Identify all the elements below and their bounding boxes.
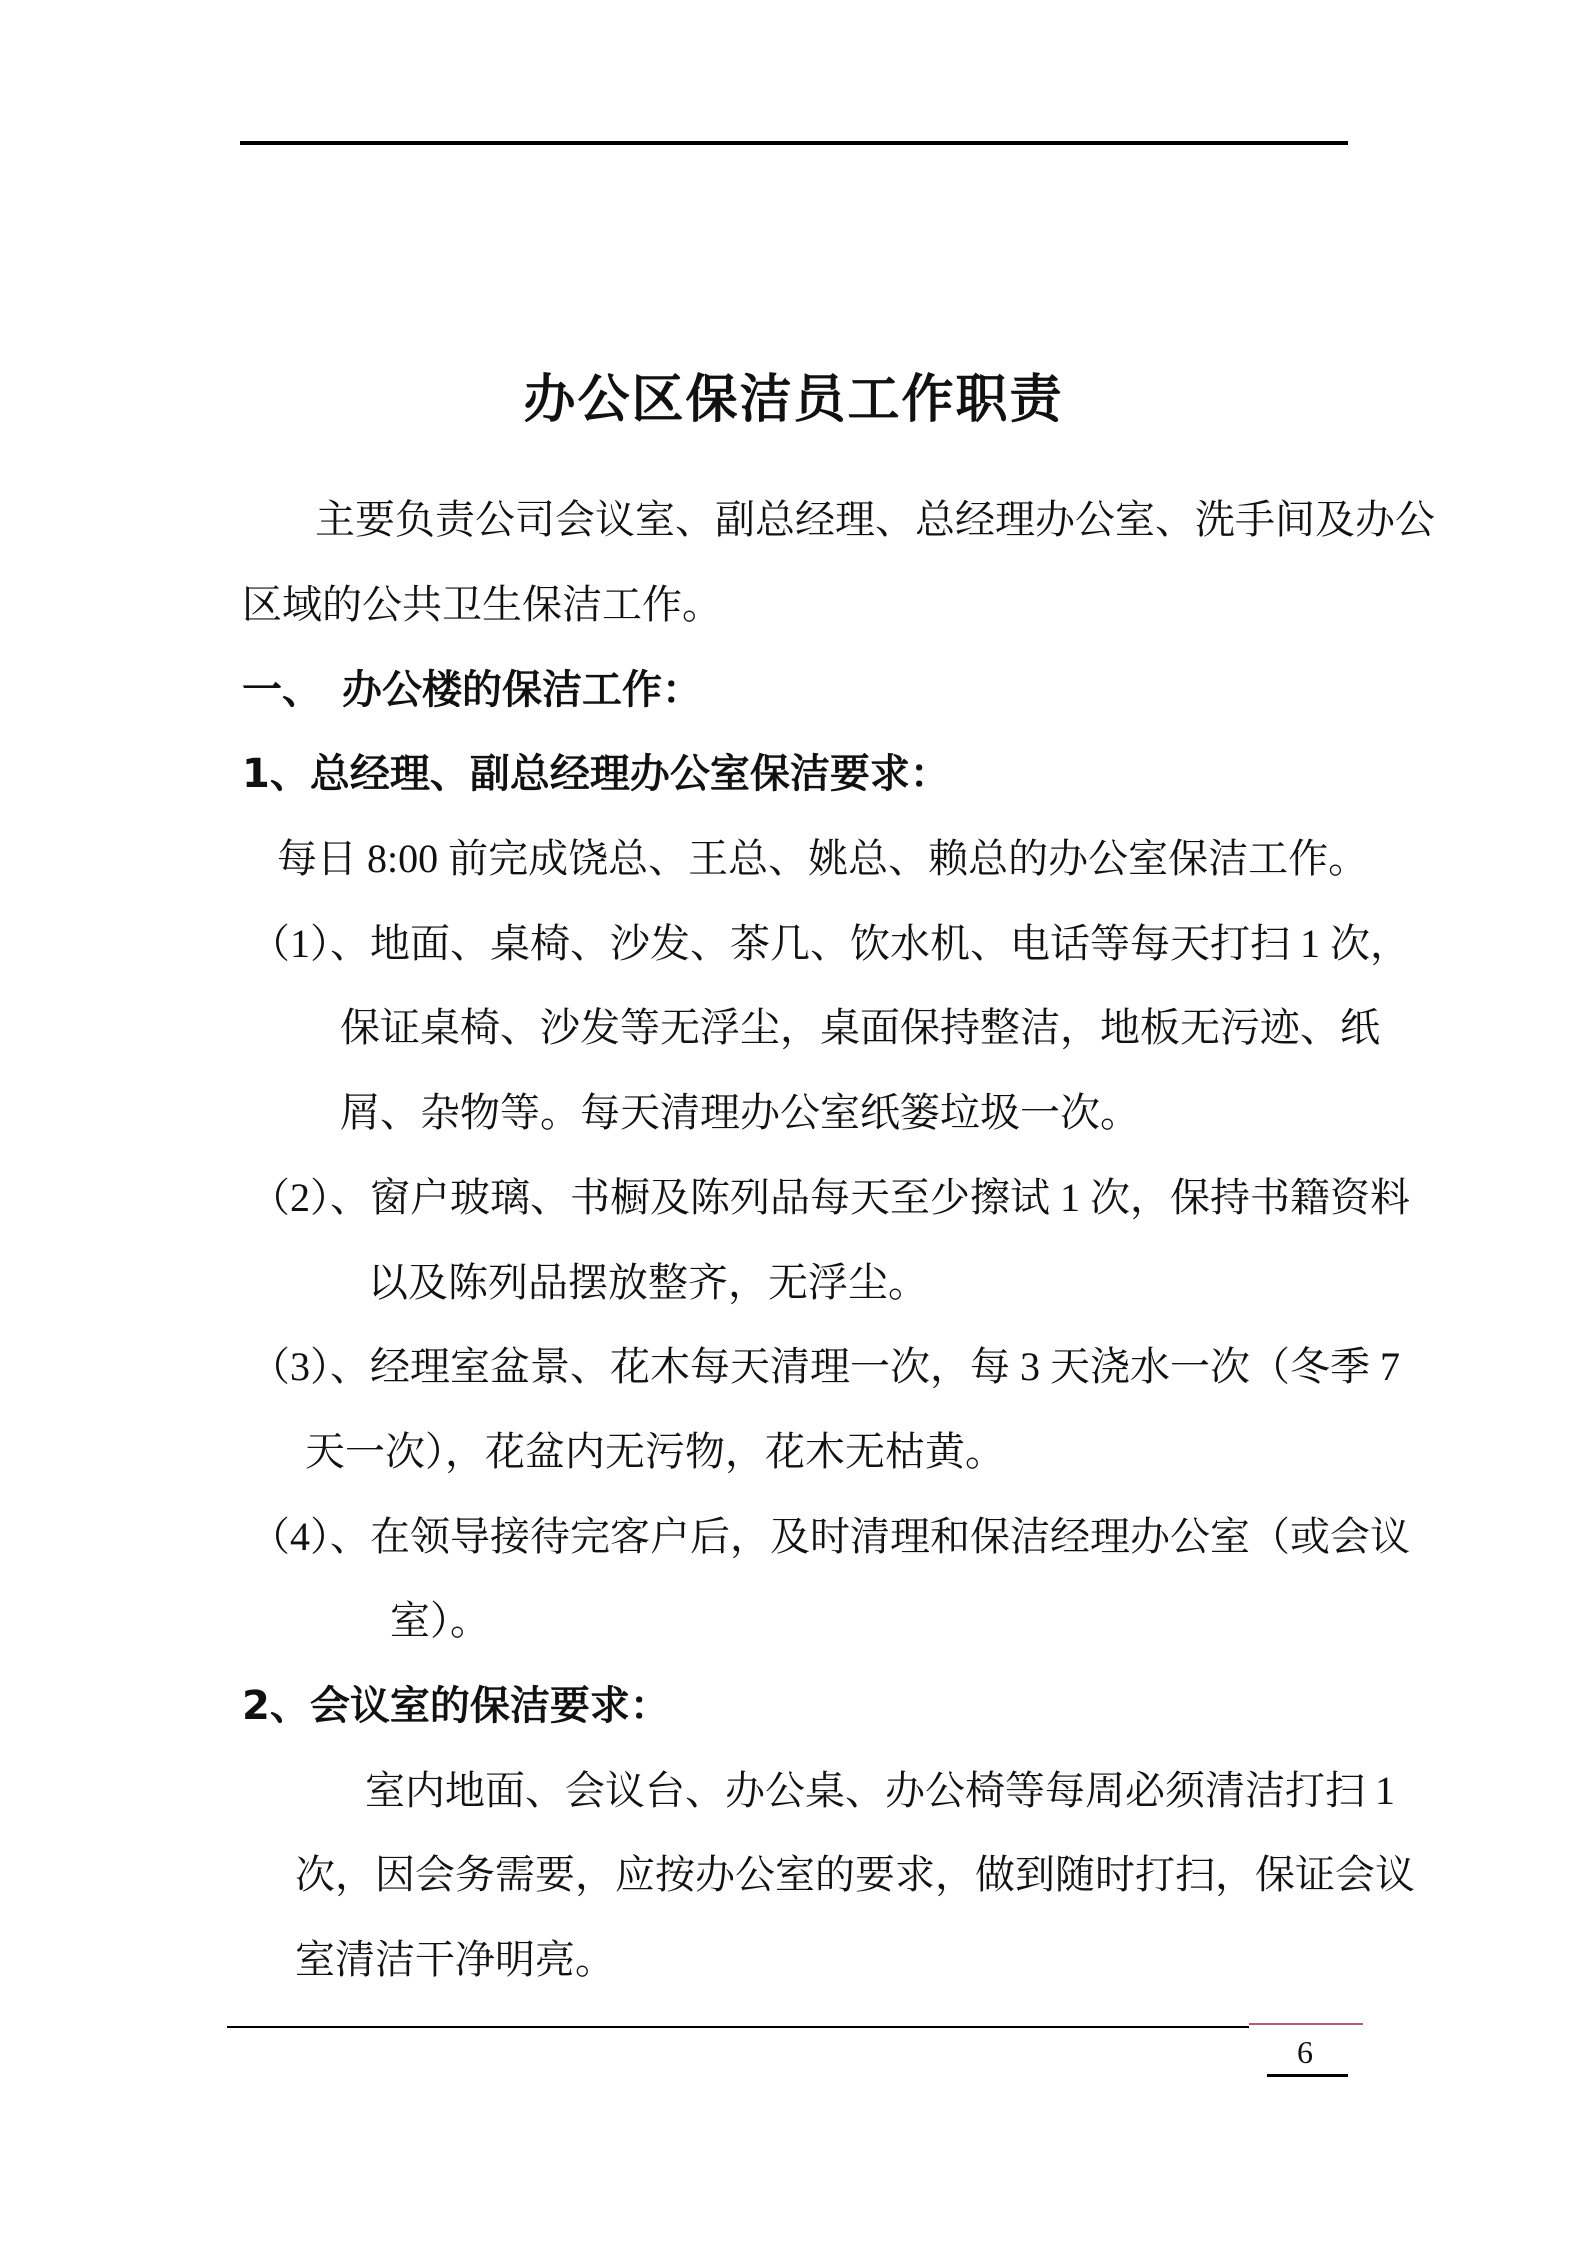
text-line-14: 室）。 bbox=[390, 1601, 490, 1641]
text-line-12: 天一次），花盆内无污物，花木无枯黄。 bbox=[305, 1432, 1005, 1472]
footer-rule bbox=[227, 2026, 1249, 2028]
text-line-5: 每日 8:00 前完成饶总、王总、姚总、赖总的办公室保洁工作。 bbox=[277, 839, 1368, 879]
text-line-1: 主要负责公司会议室、副总经理、总经理办公室、洗手间及办公 bbox=[315, 500, 1435, 540]
text-line-16: 室内地面、会议台、办公桌、办公椅等每周必须清洁打扫 1 bbox=[365, 1771, 1395, 1811]
text-line-18: 室清洁干净明亮。 bbox=[295, 1940, 615, 1980]
page-number-underline bbox=[1267, 2074, 1348, 2077]
header-rule bbox=[240, 141, 1348, 145]
text-line-15: 2、会议室的保洁要求： bbox=[242, 1686, 670, 1726]
page-title: 办公区保洁员工作职责 bbox=[0, 374, 1587, 426]
text-line-7: 保证桌椅、沙发等无浮尘，桌面保持整洁，地板无污迹、纸 bbox=[340, 1008, 1380, 1048]
text-line-9: （2）、窗户玻璃、书橱及陈列品每天至少擦试 1 次，保持书籍资料 bbox=[250, 1178, 1410, 1218]
text-line-4: 1、总经理、副总经理办公室保洁要求： bbox=[242, 754, 950, 794]
text-line-10: 以及陈列品摆放整齐，无浮尘。 bbox=[368, 1263, 928, 1303]
text-line-3: 一、 办公楼的保洁工作： bbox=[242, 670, 702, 710]
page-number: 6 bbox=[1270, 2036, 1340, 2068]
text-line-8: 屑、杂物等。每天清理办公室纸篓垃圾一次。 bbox=[340, 1093, 1140, 1133]
text-line-6: （1）、地面、桌椅、沙发、茶几、饮水机、电话等每天打扫 1 次， bbox=[250, 924, 1410, 964]
text-line-11: （3）、经理室盆景、花木每天清理一次，每 3 天浇水一次（冬季 7 bbox=[250, 1347, 1400, 1387]
footer-rule-accent bbox=[1249, 2023, 1363, 2025]
text-line-17: 次，因会务需要，应按办公室的要求，做到随时打扫，保证会议 bbox=[295, 1855, 1415, 1895]
document-page: 办公区保洁员工作职责 主要负责公司会议室、副总经理、总经理办公室、洗手间及办公区… bbox=[0, 0, 1587, 2245]
text-line-2: 区域的公共卫生保洁工作。 bbox=[242, 585, 722, 625]
text-line-13: （4）、在领导接待完客户后，及时清理和保洁经理办公室（或会议 bbox=[250, 1517, 1410, 1557]
